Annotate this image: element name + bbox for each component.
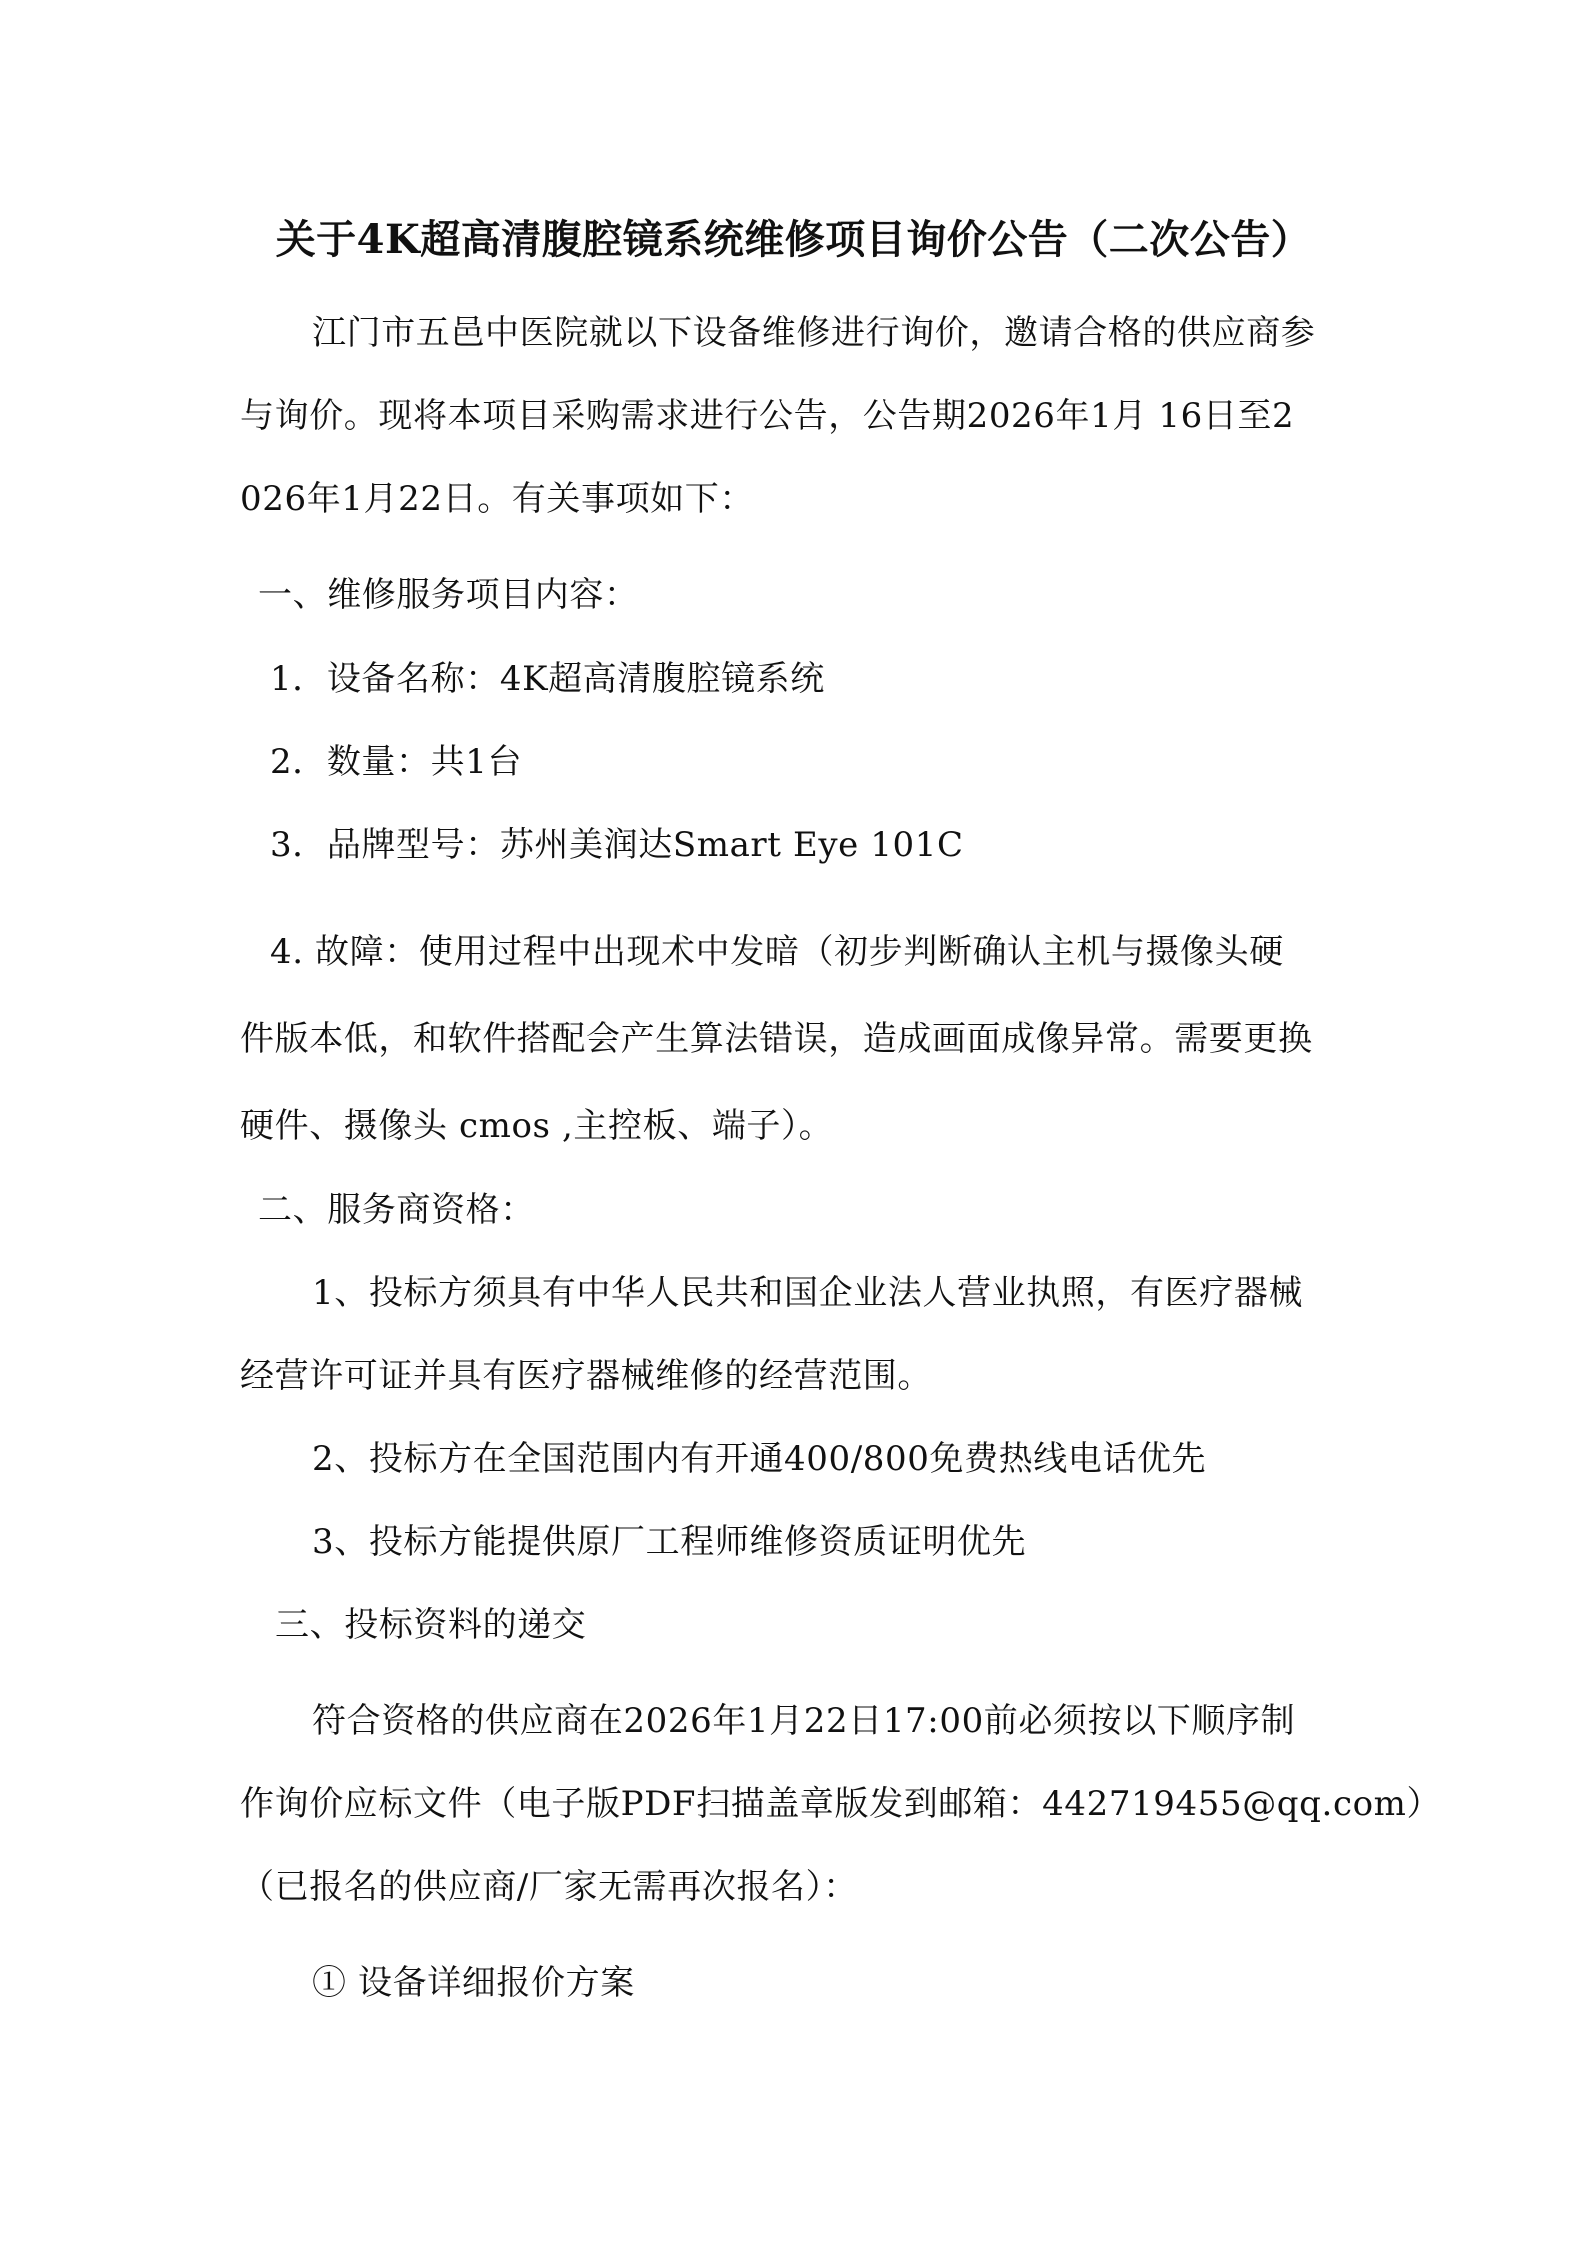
document-page: 关于4K超高清腹腔镜系统维修项目询价公告（二次公告） 江门市五邑中医院就以下设备… <box>0 0 1587 2245</box>
req2-line: 2、投标方在全国范围内有开通400/800免费热线电话优先 <box>312 1439 1206 1479</box>
intro-line-3: 026年1月22日。有关事项如下： <box>240 479 754 519</box>
req3-line: 3、投标方能提供原厂工程师维修资质证明优先 <box>312 1522 1026 1562</box>
fault-line-3: 硬件、摄像头 cmos ,主控板、端子）。 <box>240 1106 833 1146</box>
intro-line-2: 与询价。现将本项目采购需求进行公告，公告期2026年1月 16日至2 <box>240 396 1294 436</box>
submission-line-2: 作询价应标文件（电子版PDF扫描盖章版发到邮箱：442719455@qq.com… <box>240 1784 1441 1824</box>
section1-item-2: 2．数量：共1台 <box>270 742 522 782</box>
submission-line-1: 符合资格的供应商在2026年1月22日17:00前必须按以下顺序制 <box>312 1701 1295 1741</box>
section3-heading: 三、投标资料的递交 <box>275 1605 586 1645</box>
req1-line-1: 1、投标方须具有中华人民共和国企业法人营业执照，有医疗器械 <box>312 1273 1303 1313</box>
req1-line-2: 经营许可证并具有医疗器械维修的经营范围。 <box>240 1356 932 1396</box>
section1-heading: 一、维修服务项目内容： <box>258 575 639 615</box>
section2-heading: 二、服务商资格： <box>258 1190 535 1230</box>
submission-line-3: （已报名的供应商/厂家无需再次报名）： <box>240 1867 858 1907</box>
section1-item-1: 1．设备名称：4K超高清腹腔镜系统 <box>270 659 825 699</box>
section1-item-3: 3．品牌型号：苏州美润达Smart Eye 101C <box>270 825 964 865</box>
submission-list-item-1: ① 设备详细报价方案 <box>312 1963 635 2003</box>
document-title: 关于4K超高清腹腔镜系统维修项目询价公告（二次公告） <box>0 208 1587 265</box>
fault-line-2: 件版本低，和软件搭配会产生算法错误，造成画面成像异常。需要更换 <box>240 1019 1313 1059</box>
fault-line-1: 4. 故障：使用过程中出现术中发暗（初步判断确认主机与摄像头硬 <box>270 932 1284 972</box>
intro-line-1: 江门市五邑中医院就以下设备维修进行询价，邀请合格的供应商参 <box>312 313 1315 353</box>
